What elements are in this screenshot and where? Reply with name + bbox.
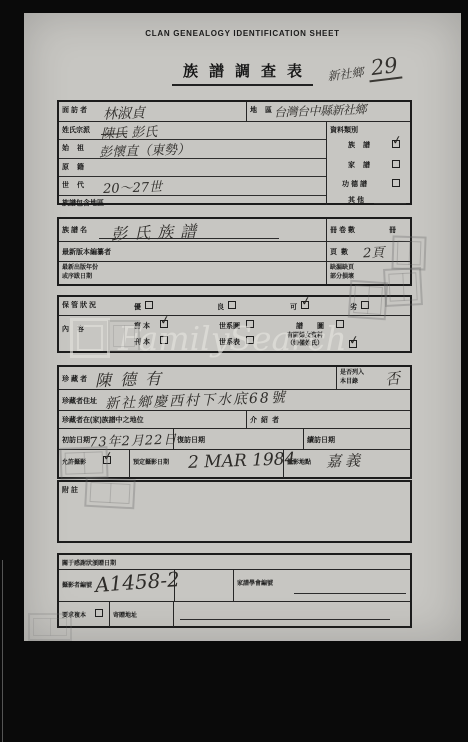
checkbox-copy-request [95,609,103,617]
pages-label: 頁數 [330,247,352,257]
progenitor-label: 始祖 [62,143,92,153]
annotation-place: 新社鄉 [327,65,364,83]
notes-label: 附註 [62,485,80,495]
section-admin: 關于感謝狀頒贈日期 攝影者編號 A1458-2 家譜學會編號 要求複本 [57,553,412,628]
listed-sublabel: 本目錄 [340,379,358,385]
category-option-label: 其他 [348,195,366,205]
clan-label: 姓氏宗派 [62,125,90,135]
checkmark: ✓ [159,312,171,328]
storage-label: 保管狀況 [62,300,98,310]
region-value: 台灣台中縣新社鄉 [274,100,367,120]
row-compiler-pages: 最新版本編纂者 頁數 2頁 [59,242,410,262]
row-visit-dates: 初訪日期 73年2月22日 復訪日期 續訪日期 [59,429,410,450]
checkmark: ✓ [348,332,360,348]
checkbox-fair: ✓ [301,301,309,309]
microfilm-frame: CLAN GENEALOGY IDENTIFICATION SHEET 族譜調查… [0,0,468,742]
seal-stamp [108,320,140,352]
content-option-label: 世系圖 [219,321,240,331]
interviewer-label: 面訪者 [62,105,89,115]
row-clan-body: 姓氏宗派 陳氏 彭氏 始祖 彭懷直（東勢） 原籍 [59,122,410,205]
compiler-label: 最新版本編纂者 [62,247,111,257]
holder-address-label: 珍藏者住址 [62,396,97,406]
volumes-label: 冊卷數 [330,225,357,235]
clan-value: 彭氏 [131,125,158,141]
category-option-label: 功德譜 [342,179,369,189]
checkbox-lineage-table [246,336,254,344]
mailing-address-label: 寄贈地址 [113,610,137,619]
revisit-label: 復訪日期 [177,435,205,445]
row-copy-request: 要求複本 寄贈地址 [59,602,410,627]
film-scratch [2,560,3,742]
sheet-header: CLAN GENEALOGY IDENTIFICATION SHEET [24,29,461,38]
category-option-label: 族譜 [348,140,378,150]
section-genealogy-info: 族譜名 彭氏族譜 冊卷數 冊 最新版本編纂者 頁數 2頁 [57,217,412,286]
checkbox-printed-edition [160,336,168,344]
checkbox-women-data: ✓ [349,340,357,348]
seal-stamp [383,267,423,307]
storage-option-label: 可 [290,302,297,312]
checkbox-merit-record [392,179,400,187]
category-column: 資料類別 族譜 ✓ 家譜 功德譜 其他 [327,122,410,205]
seal-stamp [84,477,136,510]
seal-stamp [348,280,389,321]
holder-value: 陳德有 [95,366,171,392]
checkmark: ✓ [391,132,403,148]
section-holder-info: 珍藏者 陳德有 是否列入 本目錄 否 珍藏者住址 新社鄉慶西村下水底68號 [57,365,412,479]
photo-date-label: 預定攝影日期 [133,457,169,466]
first-visit-value: 73年2月22日 [89,428,178,450]
row-interviewer-region: 面訪者 林淑貞 地區 台灣台中縣新社鄉 [59,102,410,122]
checkbox-genealogy: ✓ [392,140,400,148]
row-genealogy-name: 族譜名 彭氏族譜 冊卷數 冊 [59,219,410,242]
category-option-label: 家譜 [348,160,378,170]
row-cert-date: 關于感謝狀頒贈日期 [59,555,410,570]
seal-stamp [391,235,426,270]
checkbox-excellent [145,301,153,309]
first-visit-label: 初訪日期 [62,435,90,445]
content-label: 內容 [62,324,92,334]
holder-label: 珍藏者 [62,374,89,384]
checkbox-lineage-chart [246,320,254,328]
genealogy-survey-sheet: CLAN GENEALOGY IDENTIFICATION SHEET 族譜調查… [24,13,461,641]
row-numbers: 攝影者編號 A1458-2 家譜學會編號 [59,570,410,602]
progenitor-value: 彭懷直（東勢） [99,138,191,160]
genealogy-name-value: 彭氏族譜 [111,218,204,244]
storage-option-label: 優 [134,302,141,312]
women-data-label: 有關婦女資料 [287,333,323,339]
genealogy-name-label: 族譜名 [62,225,89,235]
checkbox-family-record [392,160,400,168]
checkbox-good [228,301,236,309]
checkmark: ✓ [300,293,312,309]
photo-place-value: 嘉義 [326,449,365,471]
introducer-label: 介紹者 [250,415,283,425]
category-header: 資料類別 [330,125,358,135]
other-underline [374,203,406,204]
origin-label: 原籍 [62,162,92,172]
followup-visit-label: 續訪日期 [307,435,335,445]
volumes-unit: 冊 [389,225,396,235]
seal-stamp [28,613,72,641]
checkbox-chart [336,320,344,328]
photographer-no-value: A1458-2 [94,567,180,597]
photo-date-value: 2 MAR 1984 [188,449,296,473]
society-no-label: 家譜學會編號 [237,578,273,587]
generations-value: 20～27世 [103,176,163,197]
preface-date-label: 或序跋日期 [62,274,92,280]
seal-stamp [59,446,108,480]
content-option-label: 譜圖 [296,321,338,331]
photographer-no-label: 攝影者編號 [62,580,92,589]
content-option-label: 世系表 [219,337,240,347]
storage-option-label: 良 [217,302,224,312]
pages-value: 2頁 [363,242,385,262]
missing-pages-label: 缺漏缺頁 [330,265,354,271]
interviewer-value: 林淑貞 [103,102,146,123]
cert-date-label: 關于感謝狀頒贈日期 [62,558,116,567]
checkbox-manuscript: ✓ [160,320,168,328]
holder-position-label: 珍藏者在(家)族譜中之地位 [62,415,144,425]
holder-address-value: 新社鄉慶西村下水底68號 [105,387,287,413]
section-basic-info: 面訪者 林淑貞 地區 台灣台中縣新社鄉 姓氏宗派 陳氏 彭氏 [57,100,412,205]
mailing-address-underline [180,619,390,620]
women-data-sublabel: （婦僅姓氏） [287,341,323,347]
listed-label: 是否列入 [340,370,364,376]
row-holder-address: 珍藏者住址 新社鄉慶西村下水底68號 [59,390,410,411]
row-position-introducer: 珍藏者在(家)族譜中之地位 介紹者 [59,411,410,429]
generations-label: 世代 [62,180,92,190]
row-holder: 珍藏者 陳德有 是否列入 本目錄 否 [59,367,410,390]
publication-year-label: 最新出版年份 [62,265,98,271]
row-photography: 允許攝影 ✓ 預定攝影日期 2 MAR 1984 攝影地點 嘉義 [59,450,410,478]
listed-value: 否 [384,367,401,390]
society-no-underline [294,593,406,594]
coverage-label: 族譜包含地區 [62,198,104,208]
annotation-number: 29 [367,53,403,83]
